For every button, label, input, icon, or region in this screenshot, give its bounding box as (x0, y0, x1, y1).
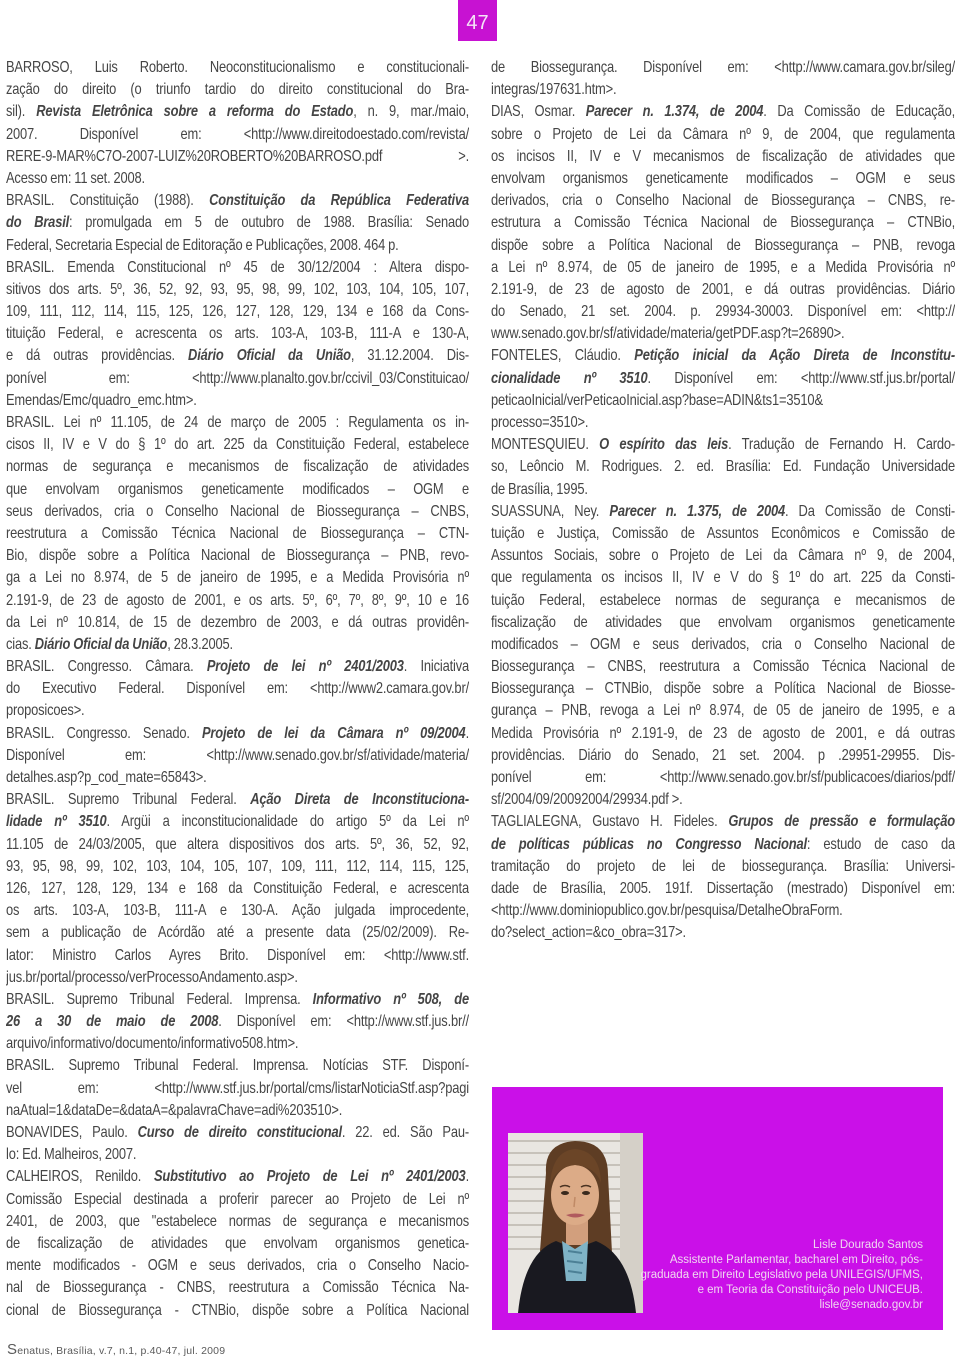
reference-line: 2401, de 2003, que "estabelece normas de… (6, 1211, 469, 1233)
reference-line: MONTESQUIEU. O espírito das leis. Traduç… (491, 434, 955, 456)
reference-line: Federal, Secretaria Especial de Editoraç… (6, 235, 469, 257)
reference-line: BRASIL. Supremo Tribunal Federal. Ação D… (6, 789, 469, 811)
reference-entry: BRASIL. Emenda Constitucional nº 45 de 3… (6, 257, 469, 412)
reference-line: BRASIL. Constituição (1988). Constituiçã… (6, 190, 469, 212)
right-column: de Biossegurança. Disponível em: <http:/… (491, 57, 955, 945)
reference-line: de Biossegurança. Disponível em: <http:/… (491, 57, 955, 79)
reference-line: www.senado.gov.br/sf/atividade/materia/g… (491, 323, 955, 345)
reference-entry: BONAVIDES, Paulo. Curso de direito const… (6, 1122, 469, 1166)
reference-line: BRASIL. Emenda Constitucional nº 45 de 3… (6, 257, 469, 279)
reference-line: 2.191-9, de 23 de agosto de 2001, e dá o… (491, 279, 955, 301)
reference-line: <http://www.dominiopublico.gov.br/pesqui… (491, 900, 955, 922)
reference-line: normas de segurança e mecanismos de fisc… (6, 456, 469, 478)
reference-line: ponível em: <http://www.planalto.gov.br/… (6, 368, 469, 390)
reference-line: cional de Biossegurança - CTNBio, dispõe… (6, 1300, 469, 1322)
journal-footer: Senatus, Brasília, v.7, n.1, p.40-47, ju… (7, 1341, 225, 1358)
reference-line: que envolvam organismos geneticamente mo… (6, 479, 469, 501)
reference-line: Biossegurança – CNBS, reestrutura a Comi… (491, 656, 955, 678)
reference-line: os incisos II, IV e V mecanismos de fisc… (491, 146, 955, 168)
reference-line: detalhes.asp?p_cod_mate=65843>. (6, 767, 469, 789)
reference-line: 2007. Disponível em: <http://www.direito… (6, 124, 469, 146)
reference-line: lo: Ed. Malheiros, 2007. (6, 1144, 469, 1166)
reference-line: sil). Revista Eletrônica sobre a reforma… (6, 101, 469, 123)
reference-line: 109, 111, 112, 114, 115, 125, 126, 127, … (6, 301, 469, 323)
author-bio-line: graduada em Direito Legislativo pela UNI… (640, 1268, 923, 1283)
reference-line: Biossegurança – CTNBio, dispõe sobre a P… (491, 678, 955, 700)
author-bio-line: e em Teoria da Constituição pelo UNICEUB… (640, 1283, 923, 1298)
reference-line: sobre o Projeto de Lei da Câmara nº 9, d… (491, 124, 955, 146)
reference-entry: BRASIL. Constituição (1988). Constituiçã… (6, 190, 469, 257)
reference-entry: DIAS, Osmar. Parecer n. 1.374, de 2004. … (491, 101, 955, 345)
reference-line: Assuntos Sociais, sobre o Projeto de Lei… (491, 545, 955, 567)
reference-line: e dá outras providências. Diário Oficial… (6, 345, 469, 367)
reference-line: estrutura a Comissão Técnica Nacional de… (491, 212, 955, 234)
reference-entry: CALHEIROS, Renildo. Substitutivo ao Proj… (6, 1166, 469, 1321)
reference-line: do Senado, 21 set. 2004. p. 29934-30003.… (491, 301, 955, 323)
reference-line: CALHEIROS, Renildo. Substitutivo ao Proj… (6, 1166, 469, 1188)
reference-line: BRASIL. Supremo Tribunal Federal. Impren… (6, 989, 469, 1011)
reference-line: dade de Brasília, 2005. 191f. Dissertaçã… (491, 878, 955, 900)
reference-line: FONTELES, Cláudio. Petição inicial da Aç… (491, 345, 955, 367)
reference-line: RERE-9-MAR%C7O-2007-LUIZ%20ROBERTO%20BAR… (6, 146, 469, 168)
reference-line: modificados – OGM e seus derivados, cria… (491, 634, 955, 656)
reference-line: lidade nº 3510. Argüi a inconstitucional… (6, 811, 469, 833)
reference-line: de fiscalização de atividades que envolv… (6, 1233, 469, 1255)
reference-line: da Lei nº 10.814, de 15 de dezembro de 2… (6, 612, 469, 634)
reference-line: peticaoInicial/verPeticaoInicial.asp?bas… (491, 390, 955, 412)
reference-line: processo=3510>. (491, 412, 955, 434)
author-bio-lines: Assistente Parlamentar, bacharel em Dire… (640, 1253, 923, 1298)
reference-line: DIAS, Osmar. Parecer n. 1.374, de 2004. … (491, 101, 955, 123)
author-bio-line: Assistente Parlamentar, bacharel em Dire… (640, 1253, 923, 1268)
author-name: Lisle Dourado Santos (640, 1238, 923, 1253)
reference-line: reestrutura a Comissão Técnica Nacional … (6, 523, 469, 545)
reference-line: integras/197631.htm>. (491, 79, 955, 101)
reference-line: BRASIL. Supremo Tribunal Federal. Impren… (6, 1055, 469, 1077)
reference-entry: BARROSO, Luis Roberto. Neoconstitucional… (6, 57, 469, 190)
reference-line: gurança – PNB, revoga a Lei nº 8.974, de… (491, 700, 955, 722)
reference-line: Medida Provisória nº 2.191-9, de 23 de a… (491, 723, 955, 745)
reference-line: ponível em: <http://www.senado.gov.br/sf… (491, 767, 955, 789)
author-email: lisle@senado.gov.br (640, 1298, 923, 1313)
reference-line: fiscalização de atividades que envolvam … (491, 612, 955, 634)
reference-line: jus.br/portal/processo/verProcessoAndame… (6, 967, 469, 989)
reference-line: sf/2004/09/20092004/29934.pdf >. (491, 789, 955, 811)
reference-line: tituição Federal, e acrescenta os arts. … (6, 323, 469, 345)
reference-line: lator: Ministro Carlos Ayres Brito. Disp… (6, 945, 469, 967)
reference-line: 11.105 de 24/03/2005, que altera disposi… (6, 834, 469, 856)
reference-line: Emendas/Emc/quadro_emc.htm>. (6, 390, 469, 412)
reference-line: que regulamenta os incisos II, IV e V do… (491, 567, 955, 589)
reference-line: Bio, dispõe sobre a Política Nacional de… (6, 545, 469, 567)
author-photo (508, 1133, 643, 1313)
reference-line: arquivo/informativo/documento/informativ… (6, 1033, 469, 1055)
reference-entry: SUASSUNA, Ney. Parecer n. 1.375, de 2004… (491, 501, 955, 812)
page-number: 47 (458, 0, 497, 41)
reference-line: providências. Diário do Senado, 21 set. … (491, 745, 955, 767)
reference-line: do Brasil: promulgada em 5 de outubro de… (6, 212, 469, 234)
reference-line: os arts. 103-A, 103-B, 111-A e 130-A. Aç… (6, 900, 469, 922)
reference-line: 2.191-9, de 23 de agosto de 2001, e os a… (6, 590, 469, 612)
reference-line: zação do direito (o triunfo tardio do di… (6, 79, 469, 101)
reference-line: seus derivados, cria o Conselho Nacional… (6, 501, 469, 523)
reference-entry: FONTELES, Cláudio. Petição inicial da Aç… (491, 345, 955, 434)
reference-line: naAtual=1&dataDe=&dataA=&palavraChave=ad… (6, 1100, 469, 1122)
reference-line: Disponível em: <http://www.senado.gov.br… (6, 745, 469, 767)
reference-line: BRASIL. Congresso. Câmara. Projeto de le… (6, 656, 469, 678)
reference-line: tramitação do projeto de lei de biossegu… (491, 856, 955, 878)
author-caption: Lisle Dourado Santos Assistente Parlamen… (640, 1238, 923, 1313)
reference-line: sem a publicação de Acórdão até a presen… (6, 922, 469, 944)
reference-line: a Lei nº 8.974, de 05 de janeiro de 1995… (491, 257, 955, 279)
reference-line: TAGLIALEGNA, Gustavo H. Fideles. Grupos … (491, 811, 955, 833)
reference-line: 26 a 30 de maio de 2008. Disponível em: … (6, 1011, 469, 1033)
reference-line: cionalidade nº 3510. Disponível em: <htt… (491, 368, 955, 390)
reference-line: mente modificados - OGM e seus derivados… (6, 1255, 469, 1277)
reference-line: dispõe sobre a Política Nacional de Bios… (491, 235, 955, 257)
author-box: Lisle Dourado Santos Assistente Parlamen… (492, 1087, 943, 1330)
reference-entry: BRASIL. Supremo Tribunal Federal. Ação D… (6, 789, 469, 989)
reference-entry: TAGLIALEGNA, Gustavo H. Fideles. Grupos … (491, 811, 955, 944)
reference-line: BRASIL. Lei nº 11.105, de 24 de março de… (6, 412, 469, 434)
reference-entry: BRASIL. Congresso. Senado. Projeto de le… (6, 723, 469, 790)
reference-line: sitivos dos arts. 5º, 36, 52, 92, 93, 95… (6, 279, 469, 301)
reference-line: BRASIL. Congresso. Senado. Projeto de le… (6, 723, 469, 745)
reference-line: de Brasília, 1995. (491, 479, 955, 501)
reference-entry: BRASIL. Lei nº 11.105, de 24 de março de… (6, 412, 469, 656)
reference-line: BONAVIDES, Paulo. Curso de direito const… (6, 1122, 469, 1144)
reference-line: Comissão Especial destinada a proferir p… (6, 1189, 469, 1211)
left-column: BARROSO, Luis Roberto. Neoconstitucional… (6, 57, 469, 1322)
reference-line: Acesso em: 11 set. 2008. (6, 168, 469, 190)
reference-line: proposicoes>. (6, 700, 469, 722)
reference-line: so, Leôncio M. Rodrigues. 2. ed. Brasíli… (491, 456, 955, 478)
reference-line: vel em: <http://www.stf.jus.br/portal/cm… (6, 1078, 469, 1100)
reference-line: 126, 127, 128, 129, 134 e 168 da Constit… (6, 878, 469, 900)
reference-line: 93, 95, 98, 99, 102, 103, 104, 105, 107,… (6, 856, 469, 878)
reference-line: SUASSUNA, Ney. Parecer n. 1.375, de 2004… (491, 501, 955, 523)
reference-line: de políticas públicas no Congresso Nacio… (491, 834, 955, 856)
reference-entry: BRASIL. Supremo Tribunal Federal. Impren… (6, 989, 469, 1056)
reference-entry: BRASIL. Supremo Tribunal Federal. Impren… (6, 1055, 469, 1122)
reference-line: tuição e Justiça, Comissão de Assuntos E… (491, 523, 955, 545)
reference-line: cisos II, IV e V do § 1º do art. 225 da … (6, 434, 469, 456)
reference-entry: de Biossegurança. Disponível em: <http:/… (491, 57, 955, 101)
reference-line: do?select_action=&co_obra=317>. (491, 922, 955, 944)
reference-entry: BRASIL. Congresso. Câmara. Projeto de le… (6, 656, 469, 723)
reference-line: ga a Lei no 8.974, de 5 de janeiro de 19… (6, 567, 469, 589)
reference-entry: MONTESQUIEU. O espírito das leis. Traduç… (491, 434, 955, 501)
reference-line: envolvam organismos geneticamente modifi… (491, 168, 955, 190)
reference-line: BARROSO, Luis Roberto. Neoconstitucional… (6, 57, 469, 79)
reference-line: do Executivo Federal. Disponível em: <ht… (6, 678, 469, 700)
reference-line: tuição Federal, estabelece normas de seg… (491, 590, 955, 612)
reference-line: cias. Diário Oficial da União, 28.3.2005… (6, 634, 469, 656)
reference-line: nal de Biossegurança - CNBS, reestrutura… (6, 1277, 469, 1299)
reference-line: derivados, cria o Conselho Nacional de B… (491, 190, 955, 212)
